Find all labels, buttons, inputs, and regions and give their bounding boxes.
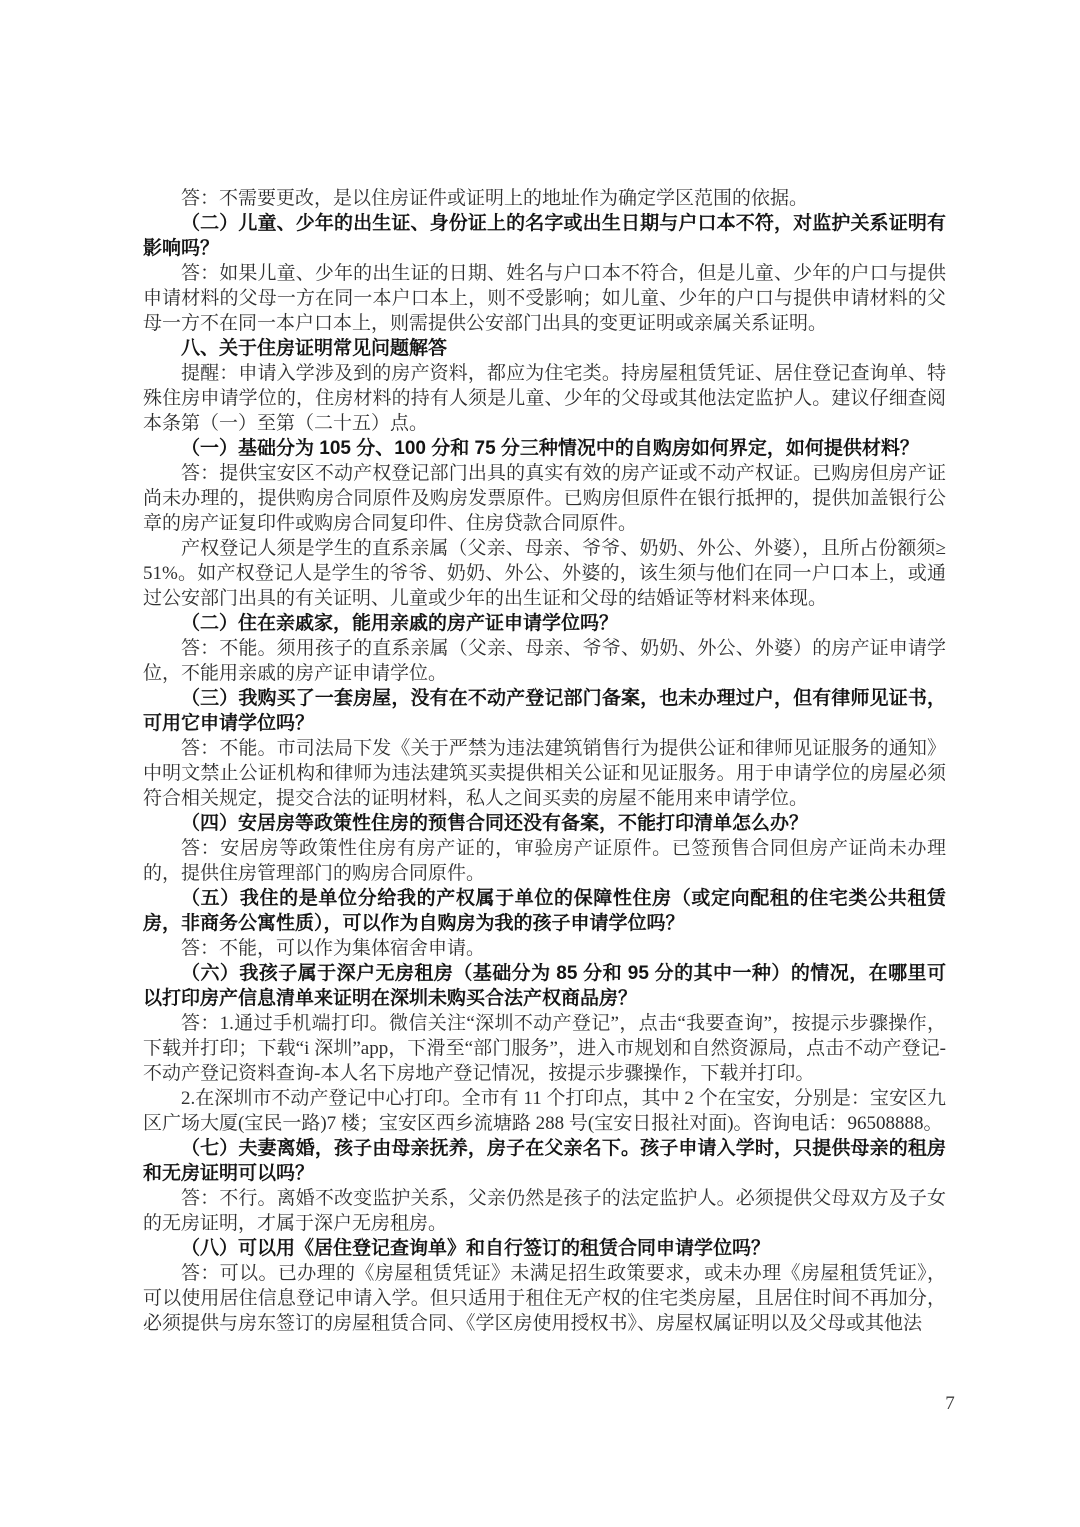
answer-paragraph: 答：安居房等政策性住房有房产证的，审验房产证原件。已签预售合同但房产证尚未办理的… — [143, 836, 946, 886]
answer-paragraph: 答：不需要更改，是以住房证件或证明上的地址作为确定学区范围的依据。 — [143, 186, 946, 211]
answer-paragraph: 产权登记人须是学生的直系亲属（父亲、母亲、爷爷、奶奶、外公、外婆），且所占份额须… — [143, 536, 946, 611]
question-heading: （五）我住的是单位分给我的产权属于单位的保障性住房（或定向配租的住宅类公共租赁房… — [143, 886, 946, 936]
question-heading: （二）儿童、少年的出生证、身份证上的名字或出生日期与户口本不符，对监护关系证明有… — [143, 211, 946, 261]
answer-paragraph: 答：可以。已办理的《房屋租赁凭证》未满足招生政策要求，或未办理《房屋租赁凭证》，… — [143, 1261, 946, 1336]
answer-paragraph: 提醒：申请入学涉及到的房产资料，都应为住宅类。持房屋租赁凭证、居住登记查询单、特… — [143, 361, 946, 436]
answer-paragraph: 答：不能。须用孩子的直系亲属（父亲、母亲、爷爷、奶奶、外公、外婆）的房产证申请学… — [143, 636, 946, 686]
question-heading: （八）可以用《居住登记查询单》和自行签订的租赁合同申请学位吗？ — [143, 1236, 946, 1261]
question-heading: 八、关于住房证明常见问题解答 — [143, 336, 946, 361]
question-heading: （二）住在亲戚家，能用亲戚的房产证申请学位吗？ — [143, 611, 946, 636]
answer-paragraph: 答：提供宝安区不动产权登记部门出具的真实有效的房产证或不动产权证。已购房但房产证… — [143, 461, 946, 536]
document-page: 答：不需要更改，是以住房证件或证明上的地址作为确定学区范围的依据。（二）儿童、少… — [0, 0, 1080, 1527]
document-content: 答：不需要更改，是以住房证件或证明上的地址作为确定学区范围的依据。（二）儿童、少… — [143, 186, 946, 1336]
answer-paragraph: 答：不能。市司法局下发《关于严禁为违法建筑销售行为提供公证和律师见证服务的通知》… — [143, 736, 946, 811]
question-heading: （四）安居房等政策性住房的预售合同还没有备案，不能打印清单怎么办？ — [143, 811, 946, 836]
question-heading: （七）夫妻离婚，孩子由母亲抚养，房子在父亲名下。孩子申请入学时，只提供母亲的租房… — [143, 1136, 946, 1186]
answer-paragraph: 2.在深圳市不动产登记中心打印。全市有 11 个打印点，其中 2 个在宝安，分别… — [143, 1086, 946, 1136]
page-number: 7 — [930, 1393, 970, 1415]
question-heading: （六）我孩子属于深户无房租房（基础分为 85 分和 95 分的其中一种）的情况，… — [143, 961, 946, 1011]
question-heading: （三）我购买了一套房屋，没有在不动产登记部门备案，也未办理过户，但有律师见证书，… — [143, 686, 946, 736]
question-heading: （一）基础分为 105 分、100 分和 75 分三种情况中的自购房如何界定，如… — [143, 436, 946, 461]
answer-paragraph: 答：不行。离婚不改变监护关系，父亲仍然是孩子的法定监护人。必须提供父母双方及子女… — [143, 1186, 946, 1236]
answer-paragraph: 答：1.通过手机端打印。微信关注“深圳不动产登记”，点击“我要查询”，按提示步骤… — [143, 1011, 946, 1086]
answer-paragraph: 答：如果儿童、少年的出生证的日期、姓名与户口本不符合，但是儿童、少年的户口与提供… — [143, 261, 946, 336]
answer-paragraph: 答：不能，可以作为集体宿舍申请。 — [143, 936, 946, 961]
